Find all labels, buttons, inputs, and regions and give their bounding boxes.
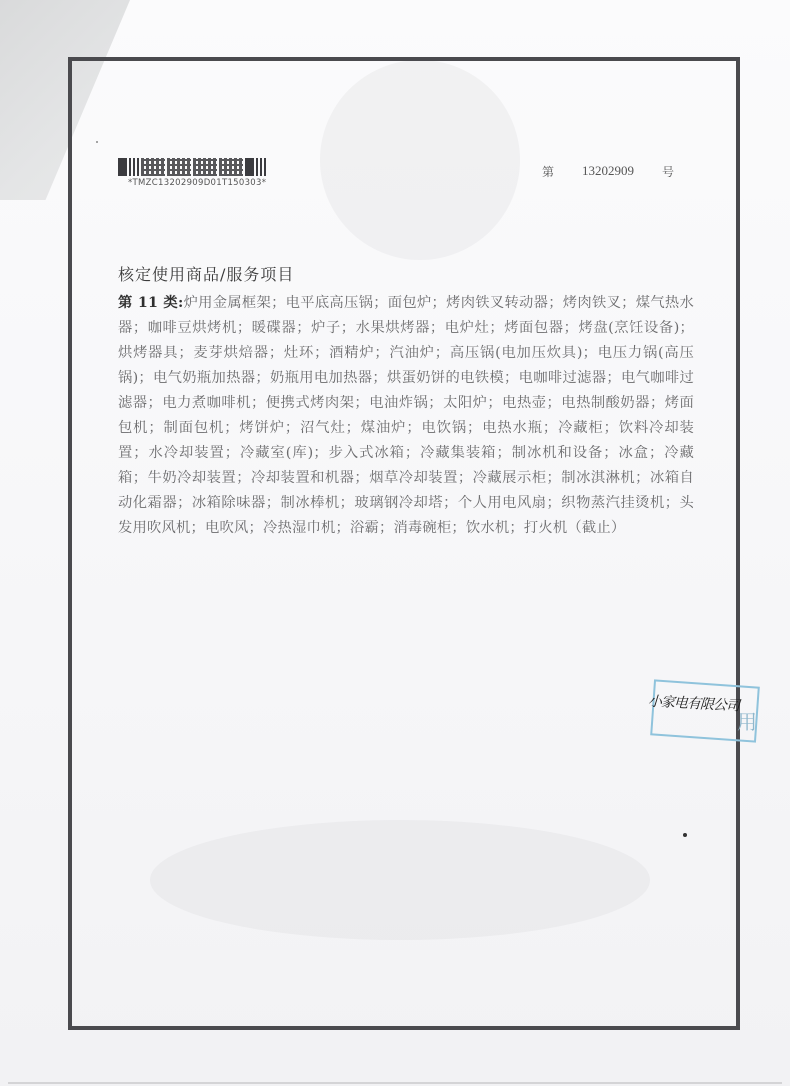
registration-prefix: 第 <box>542 163 554 180</box>
registration-number-value: 13202909 <box>582 163 634 180</box>
barcode-text: *TMZC13202909D01T150303* <box>118 178 298 188</box>
scan-speck <box>683 833 687 837</box>
goods-list-paragraph: 第 11 类:炉用金属框架；电平底高压锅；面包炉；烤肉铁叉转动器；烤肉铁叉；煤气… <box>118 291 694 541</box>
section-title: 核定使用商品/服务项目 <box>118 262 294 285</box>
class-label: 第 11 类: <box>118 295 183 311</box>
goods-list-text: 炉用金属框架；电平底高压锅；面包炉；烤肉铁叉转动器；烤肉铁叉；煤气热水器；咖啡豆… <box>118 295 694 536</box>
certificate-border-frame <box>68 57 740 1030</box>
scan-speck <box>96 141 98 143</box>
stamp-partial-character: 用 <box>737 706 757 735</box>
barcode-block: *TMZC13202909D01T150303* <box>118 158 298 188</box>
registration-suffix: 号 <box>662 163 674 180</box>
barcode-icon <box>118 158 298 176</box>
page-edge <box>8 1082 782 1084</box>
registration-number: 第 13202909 号 <box>542 163 674 180</box>
